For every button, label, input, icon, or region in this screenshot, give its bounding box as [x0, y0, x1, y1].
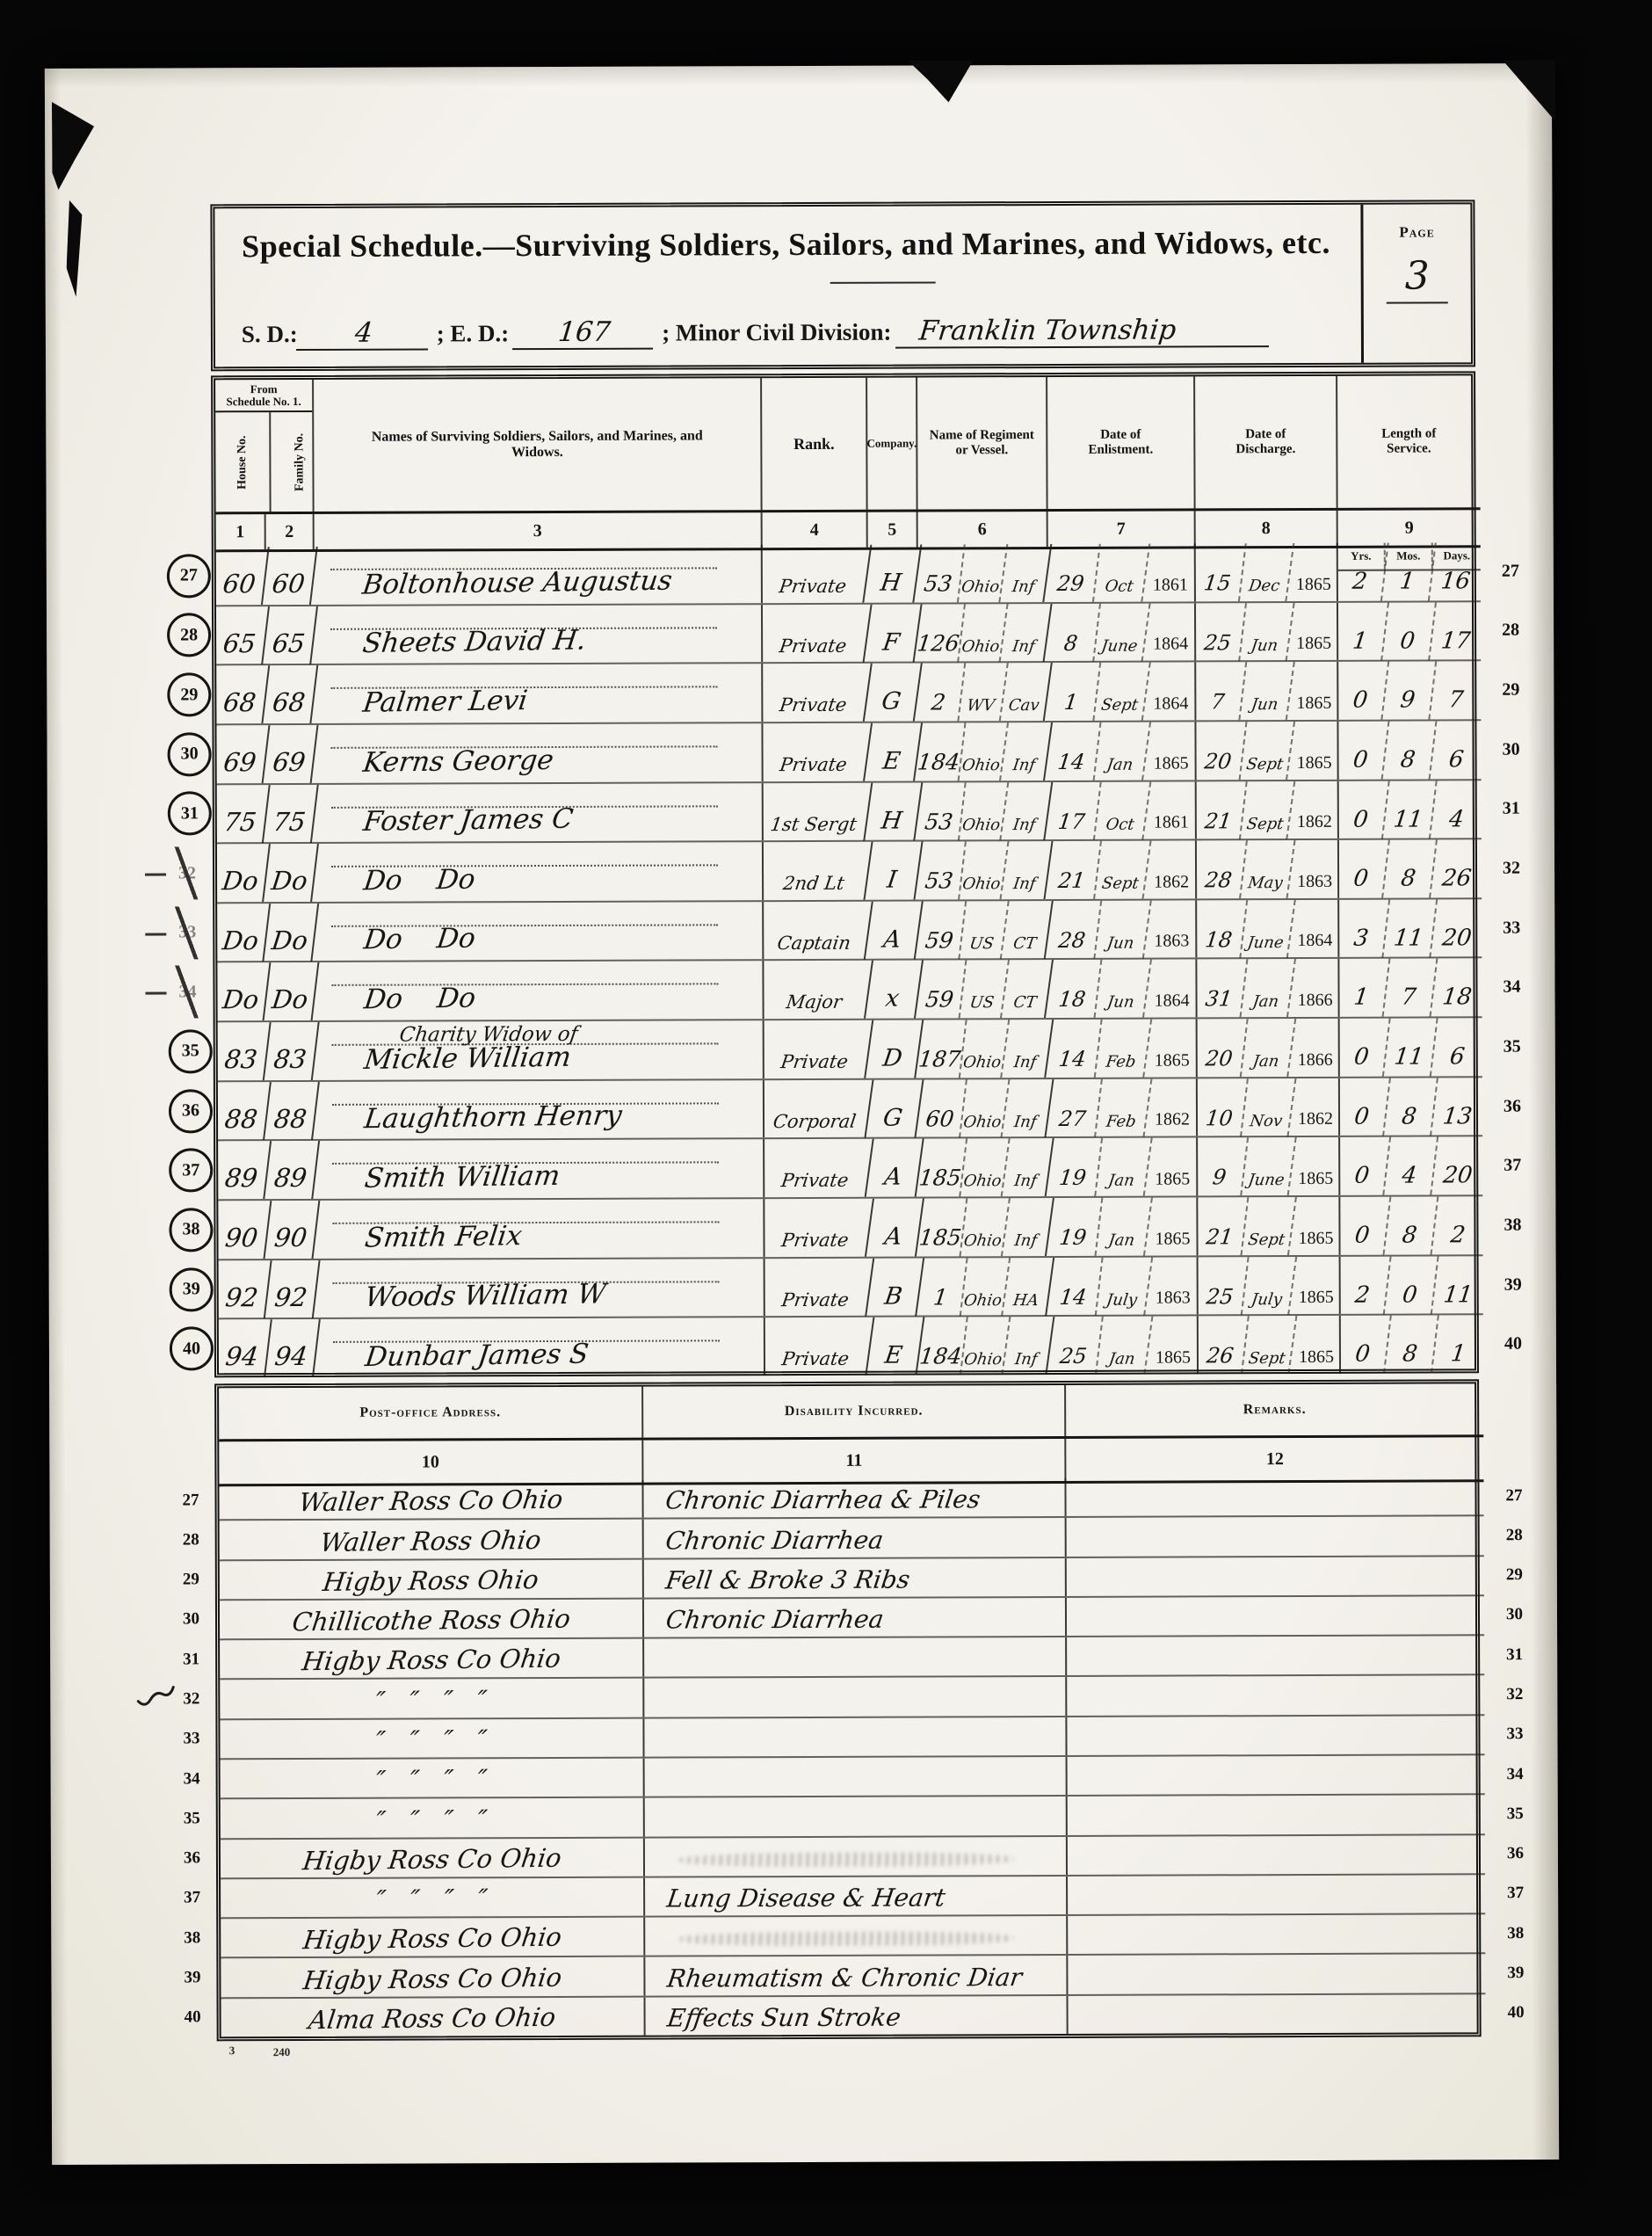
- form-header-box: Special Schedule.—Surviving Soldiers, Sa…: [210, 200, 1475, 371]
- line-number-right: 36: [1503, 1096, 1521, 1116]
- regiment-number-cell: 60: [917, 1079, 967, 1137]
- soldier-record-row: 35 83 83 Charity Widow of Mickle William…: [218, 1018, 1482, 1082]
- regiment-number-cell: 2: [915, 664, 966, 722]
- name-line-main: Smith William: [363, 1161, 562, 1194]
- service-years-cell: 0: [1337, 1078, 1391, 1136]
- col-num-11: 11: [643, 1439, 1066, 1483]
- enlist-day-cell: 1: [1045, 663, 1101, 721]
- regiment-branch-cell: Inf: [1001, 722, 1053, 780]
- post-office-address-cell: ″ ″ ″ ″: [220, 1718, 644, 1758]
- enlist-year-cell: 1861: [1147, 543, 1196, 601]
- enlist-year-cell: 1864: [1147, 603, 1196, 661]
- discharge-day-cell: 18: [1193, 900, 1248, 958]
- paper-corner-fold: [1503, 60, 1555, 121]
- enlist-month-cell: Feb: [1095, 1020, 1152, 1078]
- family-no-cell: Do: [264, 962, 320, 1020]
- discharge-year-cell: 1865: [1293, 1257, 1341, 1315]
- discharge-year-cell: 1865: [1291, 603, 1338, 661]
- service-months-cell: 0: [1385, 1256, 1439, 1314]
- rank-cell: 2nd Lt: [760, 842, 873, 900]
- name-line-main: Foster James C: [362, 804, 576, 837]
- discharge-year-cell: 1862: [1293, 1078, 1340, 1136]
- house-no-cell: 65: [213, 606, 270, 664]
- mcd-value: Franklin Township: [895, 314, 1272, 348]
- service-months-cell: 8: [1383, 840, 1438, 898]
- line-number-right: 31: [1503, 799, 1520, 819]
- enlist-day-cell: 27: [1047, 1079, 1103, 1137]
- rank-cell: Private: [760, 1020, 873, 1078]
- enlist-month-cell: Jan: [1096, 1317, 1153, 1375]
- discharge-year-cell: 1864: [1292, 900, 1339, 958]
- family-no-cell: 88: [264, 1082, 320, 1140]
- service-days-cell: 11: [1432, 1256, 1487, 1314]
- sd-label: S. D.:: [242, 321, 298, 348]
- discharge-year-cell: 1865: [1291, 543, 1338, 601]
- paper-fold-mark: [908, 60, 974, 102]
- service-months-cell: 8: [1385, 1316, 1439, 1374]
- regiment-branch-cell: Inf: [1002, 1079, 1054, 1137]
- remarks-cell: [1067, 1557, 1484, 1596]
- footer-print-right: 240: [273, 2045, 291, 2059]
- discharge-column-header: Date of Discharge.: [1195, 376, 1338, 509]
- post-office-address-cell: ″ ″ ″ ″: [221, 1798, 645, 1838]
- soldier-record-row: 33 Do Do Do Do Captain A 59 US CT 28 Jun…: [217, 899, 1482, 963]
- company-column-header: Company.: [867, 378, 918, 510]
- company-cell: B: [866, 1258, 924, 1316]
- enlist-year-cell: 1865: [1147, 722, 1196, 780]
- enlist-day-cell: 17: [1046, 781, 1102, 839]
- service-years-cell: 0: [1337, 1019, 1391, 1077]
- line-number-right: 32: [1503, 859, 1520, 879]
- rank-cell: Private: [761, 1318, 874, 1376]
- post-office-address-cell: ″ ″ ″ ″: [221, 1877, 645, 1917]
- discharge-year-cell: 1866: [1292, 959, 1339, 1017]
- discharge-month-cell: Dec: [1239, 543, 1294, 601]
- post-office-address-cell: Chillicothe Ross Ohio: [220, 1599, 644, 1638]
- line-number-right: 39: [1504, 1274, 1522, 1295]
- enlist-day-cell: 28: [1046, 901, 1102, 959]
- address-disability-row: 40 Alma Ross Co Ohio Effects Sun Stroke …: [221, 1994, 1486, 2036]
- ed-label: ; E. D.:: [437, 320, 510, 347]
- district-line: S. D.: 4 ; E. D.: 167 ; Minor Civil Divi…: [242, 314, 1349, 351]
- disability-cell: Chronic Diarrhea: [644, 1518, 1067, 1557]
- house-no-cell: 60: [213, 547, 270, 605]
- post-office-address-cell: ″ ″ ″ ″: [221, 1759, 645, 1798]
- house-no-cell: 83: [214, 1022, 272, 1080]
- upper-table-rows: 27 60 60 Boltonhouse Augustus Private H …: [216, 542, 1483, 1377]
- col-num-2: 2: [266, 514, 315, 549]
- discharge-month-cell: Sept: [1240, 722, 1295, 780]
- company-cell: E: [865, 722, 923, 780]
- enlist-month-cell: Jan: [1094, 722, 1151, 780]
- name-cell: Boltonhouse Augustus: [315, 545, 763, 604]
- col-num-9: 9: [1338, 510, 1481, 546]
- line-number-left: 28: [183, 1530, 199, 1550]
- address-disability-row: 34 ″ ″ ″ ″ 34: [221, 1755, 1485, 1799]
- line-number-left: 35: [169, 1029, 213, 1073]
- remarks-cell: [1067, 1636, 1484, 1675]
- line-number-right: 33: [1503, 918, 1520, 938]
- service-months-cell: 11: [1383, 780, 1438, 838]
- service-months-cell: 8: [1383, 721, 1438, 779]
- line-number-right: 30: [1506, 1606, 1523, 1625]
- service-days-cell: 1: [1432, 1316, 1487, 1374]
- discharge-month-cell: June: [1241, 900, 1296, 958]
- service-record-table: From Schedule No. 1. House No. Family No…: [211, 371, 1479, 1377]
- page-number-value: 3: [1364, 253, 1471, 298]
- upper-table-header: From Schedule No. 1. House No. Family No…: [215, 375, 1481, 512]
- company-cell: D: [866, 1020, 924, 1078]
- col-num-1: 1: [216, 514, 266, 549]
- rank-column-header: Rank.: [762, 378, 868, 510]
- enlist-day-cell: 19: [1047, 1138, 1103, 1196]
- length-of-service-header: Length of Service.: [1337, 375, 1481, 508]
- line-number-left: 27: [167, 554, 211, 598]
- disability-cell: [644, 1677, 1067, 1717]
- line-number-right: 27: [1505, 1486, 1522, 1506]
- from-schedule-label: From Schedule No. 1.: [215, 380, 312, 412]
- name-line-main: Do Do: [362, 984, 477, 1015]
- document-sheet: Special Schedule.—Surviving Soldiers, Sa…: [45, 63, 1559, 2165]
- col-num-7: 7: [1048, 511, 1196, 547]
- disability-cell: [644, 1717, 1067, 1757]
- name-cell: Smith Felix: [316, 1199, 764, 1258]
- mcd-label: ; Minor Civil Division:: [662, 319, 891, 347]
- regiment-number-cell: 59: [916, 901, 967, 959]
- lower-table-header: Post-office Address. Disability Incurred…: [219, 1383, 1483, 1439]
- regiment-branch-cell: CT: [1002, 901, 1054, 959]
- regiment-number-cell: 184: [917, 1318, 968, 1376]
- discharge-day-cell: 21: [1195, 1197, 1250, 1255]
- regiment-branch-cell: HA: [1003, 1258, 1054, 1316]
- post-office-address-cell: ″ ″ ″ ″: [220, 1679, 644, 1718]
- name-line-main: Mickle William: [362, 1042, 572, 1074]
- house-family-headers: House No. Family No.: [215, 412, 312, 512]
- line-number-right: 35: [1503, 1037, 1521, 1057]
- family-no-cell: 68: [263, 665, 318, 723]
- address-disability-row: 36 Higby Ross Co Ohio 36: [221, 1835, 1485, 1879]
- soldier-record-row: 36 88 88 Laughthorn Henry Corporal G 60 …: [218, 1078, 1482, 1142]
- disability-cell: Lung Disease & Heart: [645, 1877, 1068, 1916]
- regiment-branch-cell: Inf: [1001, 782, 1053, 840]
- enlist-year-cell: 1864: [1148, 960, 1197, 1018]
- rank-cell: Captain: [760, 902, 873, 960]
- discharge-year-cell: 1865: [1293, 1197, 1340, 1255]
- name-cell: Do Do: [315, 842, 764, 901]
- service-months-cell: 4: [1384, 1137, 1438, 1195]
- regiment-branch-cell: Inf: [1003, 1317, 1054, 1375]
- address-disability-row: 33 ″ ″ ″ ″ 33: [220, 1716, 1484, 1760]
- rank-cell: Private: [761, 1139, 874, 1197]
- house-no-cell: 68: [213, 665, 270, 723]
- remarks-cell: [1069, 1994, 1486, 2034]
- soldier-record-row: 31 75 75 Foster James C 1st Sergt H 53 O…: [217, 780, 1482, 845]
- disability-cell: Effects Sun Stroke: [646, 1996, 1069, 2036]
- col-num-4: 4: [763, 512, 868, 548]
- post-office-address-cell: Alma Ross Co Ohio: [221, 1997, 646, 2036]
- regiment-number-cell: 1: [917, 1258, 968, 1316]
- address-disability-row: 31 Higby Ross Co Ohio 31: [220, 1636, 1484, 1680]
- line-number-left: 36: [169, 1089, 213, 1133]
- remarks-column-header: Remarks.: [1066, 1383, 1483, 1436]
- address-disability-row: 39 Higby Ross Co Ohio Rheumatism & Chron…: [221, 1955, 1485, 1999]
- line-number-left: 36: [184, 1849, 200, 1869]
- col-num-6: 6: [918, 512, 1048, 548]
- enlist-year-cell: 1863: [1148, 900, 1197, 958]
- enlist-year-cell: 1865: [1148, 1020, 1198, 1078]
- house-no-header: House No.: [215, 412, 272, 512]
- line-number-right: 30: [1503, 739, 1520, 759]
- line-number-right: 33: [1506, 1724, 1523, 1744]
- soldier-record-row: 27 60 60 Boltonhouse Augustus Private H …: [216, 542, 1481, 606]
- soldier-record-row: 34 Do Do Do Do Major x 59 US CT 18 Jun 1…: [217, 959, 1482, 1023]
- line-number-right: 34: [1507, 1765, 1524, 1784]
- regiment-branch-cell: Cav: [1001, 663, 1053, 721]
- regiment-number-cell: 53: [916, 842, 967, 900]
- service-months-cell: 11: [1383, 899, 1438, 957]
- sd-value: 4: [296, 316, 431, 351]
- regiment-number-cell: 185: [917, 1198, 968, 1256]
- regiment-branch-cell: Inf: [1002, 841, 1054, 899]
- names-column-header: Names of Surviving Soldiers, Sailors, an…: [314, 378, 763, 512]
- discharge-month-cell: Jun: [1240, 662, 1295, 720]
- soldier-record-row: 30 69 69 Kerns George Private E 184 Ohio…: [216, 721, 1481, 785]
- service-months-cell: 8: [1384, 1078, 1438, 1136]
- line-number-right: 38: [1503, 1216, 1521, 1236]
- rank-cell: Private: [758, 545, 872, 603]
- remarks-cell: [1067, 1596, 1484, 1636]
- enlist-year-cell: 1862: [1148, 1078, 1198, 1136]
- house-no-cell: Do: [214, 844, 271, 902]
- service-days-cell: 18: [1431, 959, 1486, 1017]
- enlist-year-cell: 1861: [1148, 781, 1197, 839]
- enlist-month-cell: Feb: [1095, 1078, 1152, 1136]
- regiment-branch-cell: Inf: [1002, 1020, 1054, 1078]
- line-number-left: 35: [184, 1809, 200, 1828]
- page-label: Page: [1363, 223, 1470, 241]
- service-days-cell: 20: [1431, 899, 1485, 957]
- house-no-cell: Do: [214, 904, 271, 962]
- service-years-cell: 1: [1337, 959, 1391, 1017]
- discharge-month-cell: Sept: [1242, 1316, 1297, 1374]
- name-cell: Woods William W: [317, 1259, 765, 1318]
- rank-cell: Private: [759, 604, 873, 662]
- name-cell: Charity Widow of Mickle William: [316, 1020, 764, 1079]
- service-months-cell: 11: [1384, 1019, 1438, 1077]
- house-no-cell: 92: [215, 1260, 272, 1318]
- rank-cell: 1st Sergt: [759, 782, 873, 840]
- rank-cell: Corporal: [760, 1079, 873, 1137]
- col-num-3: 3: [315, 512, 763, 549]
- lower-table-rows: 27 Waller Ross Co Ohio Chronic Diarrhea …: [219, 1477, 1485, 2036]
- remarks-cell: [1068, 1835, 1485, 1875]
- name-line-main: Do Do: [362, 924, 477, 955]
- discharge-year-cell: 1865: [1291, 722, 1338, 780]
- regiment-number-cell: 53: [916, 782, 967, 840]
- regiment-number-cell: 126: [915, 604, 966, 662]
- service-days-cell: 2: [1432, 1196, 1487, 1254]
- service-days-cell: 26: [1431, 839, 1485, 897]
- line-number-left: 37: [184, 1889, 200, 1908]
- enlist-month-cell: Jan: [1096, 1138, 1153, 1196]
- company-cell: A: [866, 1199, 924, 1257]
- enlist-month-cell: Jun: [1095, 960, 1152, 1018]
- enlist-month-cell: Oct: [1093, 544, 1150, 602]
- regiment-column-header: Name of Regiment or Vessel.: [917, 377, 1048, 510]
- line-number-left: 33: [168, 913, 206, 952]
- rank-cell: Private: [761, 1199, 874, 1257]
- enlistment-column-header: Date of Enlistment.: [1047, 376, 1196, 509]
- regiment-number-cell: 53: [915, 544, 966, 602]
- soldier-record-row: 40 94 94 Dunbar James S Private E 184 Oh…: [219, 1316, 1483, 1378]
- name-line-main: Dunbar James S: [364, 1339, 591, 1372]
- service-days-cell: 13: [1431, 1078, 1486, 1136]
- line-number-left: 27: [182, 1491, 199, 1510]
- regiment-branch-cell: CT: [1002, 960, 1054, 1018]
- enlist-month-cell: Jun: [1095, 900, 1152, 958]
- soldier-record-row: 28 65 65 Sheets David H. Private F 126 O…: [216, 602, 1481, 666]
- regiment-branch-cell: Inf: [1003, 1138, 1054, 1196]
- soldier-record-row: 32 Do Do Do Do 2nd Lt I 53 Ohio Inf 21 S…: [217, 840, 1482, 904]
- soldier-record-row: 39 92 92 Woods William W Private B 1 Ohi…: [219, 1256, 1483, 1320]
- post-office-address-cell: Higby Ross Co Ohio: [221, 1957, 645, 1997]
- remarks-cell: [1067, 1676, 1484, 1716]
- name-cell: Kerns George: [315, 723, 763, 782]
- enlist-month-cell: Oct: [1094, 781, 1151, 839]
- line-number-left: 40: [185, 2008, 201, 2028]
- line-number-left: 38: [169, 1208, 213, 1252]
- enlist-year-cell: 1864: [1147, 663, 1196, 721]
- name-line-main: Do Do: [362, 864, 477, 896]
- scanned-census-page: Special Schedule.—Surviving Soldiers, Sa…: [0, 0, 1652, 2236]
- enlist-day-cell: 18: [1047, 960, 1103, 1018]
- address-disability-row: 32 ″ ″ ″ ″ 32: [220, 1676, 1484, 1720]
- family-no-cell: 83: [264, 1022, 320, 1080]
- enlist-month-cell: Sept: [1095, 841, 1152, 899]
- disability-cell: [645, 1757, 1068, 1797]
- regiment-branch-cell: Inf: [1003, 1198, 1054, 1256]
- regiment-number-cell: 184: [916, 722, 967, 780]
- name-cell: Dunbar James S: [317, 1318, 765, 1376]
- ed-value: 167: [512, 316, 656, 351]
- service-years-cell: 0: [1337, 1137, 1391, 1195]
- discharge-year-cell: 1866: [1293, 1019, 1340, 1077]
- discharge-year-cell: 1863: [1292, 840, 1339, 898]
- line-number-right: 37: [1503, 1156, 1521, 1176]
- name-line-main: Palmer Levi: [361, 686, 529, 718]
- house-no-cell: 89: [214, 1142, 272, 1200]
- disability-cell: Chronic Diarrhea & Piles: [643, 1478, 1066, 1518]
- family-no-cell: 94: [265, 1319, 321, 1377]
- house-no-cell: 69: [214, 725, 271, 783]
- soldier-record-row: 29 68 68 Palmer Levi Private G 2 WV Cav …: [216, 662, 1481, 726]
- footer-print-left: 3: [229, 2044, 235, 2058]
- post-office-address-cell: Higby Ross Co Ohio: [221, 1838, 645, 1877]
- post-office-address-cell: Higby Ross Co Ohio: [221, 1918, 645, 1957]
- col-num-10: 10: [219, 1441, 643, 1485]
- address-disability-row: 30 Chillicothe Ross Ohio Chronic Diarrhe…: [220, 1596, 1484, 1640]
- soldier-record-row: 38 90 90 Smith Felix Private A 185 Ohio …: [218, 1196, 1482, 1260]
- stray-pen-mark: [136, 1681, 175, 1711]
- discharge-day-cell: 7: [1192, 663, 1247, 721]
- disability-cell: Rheumatism & Chronic Diar: [645, 1956, 1068, 1995]
- service-years-cell: 0: [1336, 722, 1390, 780]
- house-no-cell: 88: [214, 1082, 272, 1140]
- rank-cell: Major: [760, 961, 873, 1019]
- company-cell: H: [864, 545, 922, 603]
- enlist-month-cell: July: [1096, 1257, 1153, 1315]
- line-number-left: 40: [170, 1326, 214, 1370]
- name-cell: Do Do: [315, 962, 764, 1020]
- rank-cell: Private: [759, 664, 873, 722]
- service-days-cell: 4: [1431, 780, 1485, 838]
- enlist-year-cell: 1865: [1148, 1138, 1198, 1196]
- disability-column-header: Disability Incurred.: [643, 1385, 1066, 1438]
- company-cell: G: [865, 664, 923, 722]
- line-number-right: 38: [1507, 1924, 1524, 1943]
- line-number-right: 35: [1507, 1804, 1524, 1824]
- enlist-day-cell: 14: [1046, 722, 1102, 780]
- enlist-year-cell: 1865: [1149, 1317, 1199, 1375]
- discharge-day-cell: 20: [1193, 722, 1248, 780]
- service-days-cell: 20: [1431, 1137, 1486, 1195]
- company-cell: A: [866, 901, 924, 959]
- service-months-cell: 1: [1382, 542, 1437, 600]
- discharge-day-cell: 21: [1193, 781, 1248, 839]
- family-no-cell: 75: [264, 784, 319, 842]
- line-number-right: 28: [1502, 621, 1519, 641]
- line-number-right: 31: [1506, 1645, 1523, 1665]
- col-num-5: 5: [868, 512, 918, 548]
- line-number-left: 33: [183, 1730, 199, 1749]
- family-no-cell: 90: [265, 1201, 321, 1259]
- house-no-cell: 75: [214, 785, 271, 843]
- disability-cell: [645, 1797, 1068, 1836]
- disability-cell: Chronic Diarrhea: [644, 1598, 1067, 1637]
- company-cell: x: [866, 961, 924, 1019]
- line-number-left: 30: [167, 732, 211, 776]
- regiment-branch-cell: Inf: [1000, 544, 1052, 602]
- discharge-month-cell: Nov: [1241, 1078, 1296, 1136]
- enlist-year-cell: 1865: [1148, 1197, 1198, 1255]
- rank-cell: Private: [761, 1258, 874, 1316]
- name-line-main: Laughthorn Henry: [363, 1101, 624, 1135]
- service-months-cell: 8: [1385, 1197, 1439, 1255]
- discharge-day-cell: 28: [1193, 840, 1248, 898]
- company-cell: I: [866, 842, 924, 900]
- discharge-day-cell: 20: [1194, 1019, 1249, 1077]
- discharge-month-cell: June: [1242, 1137, 1297, 1195]
- name-line-main: Boltonhouse Augustus: [360, 565, 673, 599]
- discharge-month-cell: Jan: [1241, 960, 1296, 1018]
- name-cell: Palmer Levi: [315, 664, 763, 722]
- disability-cell: [645, 1836, 1068, 1876]
- line-number-left: 34: [184, 1769, 200, 1789]
- disability-cell: [645, 1916, 1068, 1956]
- post-office-address-cell: Waller Ross Co Ohio: [219, 1480, 643, 1520]
- discharge-day-cell: 25: [1195, 1257, 1250, 1315]
- line-number-right: 40: [1508, 2003, 1525, 2022]
- line-number-left: 34: [168, 973, 206, 1012]
- discharge-year-cell: 1865: [1291, 662, 1338, 720]
- remarks-cell: [1066, 1477, 1483, 1516]
- service-years-cell: 0: [1335, 662, 1389, 720]
- name-line-main: Sheets David H.: [361, 626, 588, 659]
- page-number-cell: Page 3: [1360, 204, 1471, 362]
- discharge-month-cell: Jan: [1241, 1019, 1296, 1077]
- remarks-cell: [1068, 1914, 1485, 1954]
- line-number-right: 32: [1506, 1685, 1523, 1704]
